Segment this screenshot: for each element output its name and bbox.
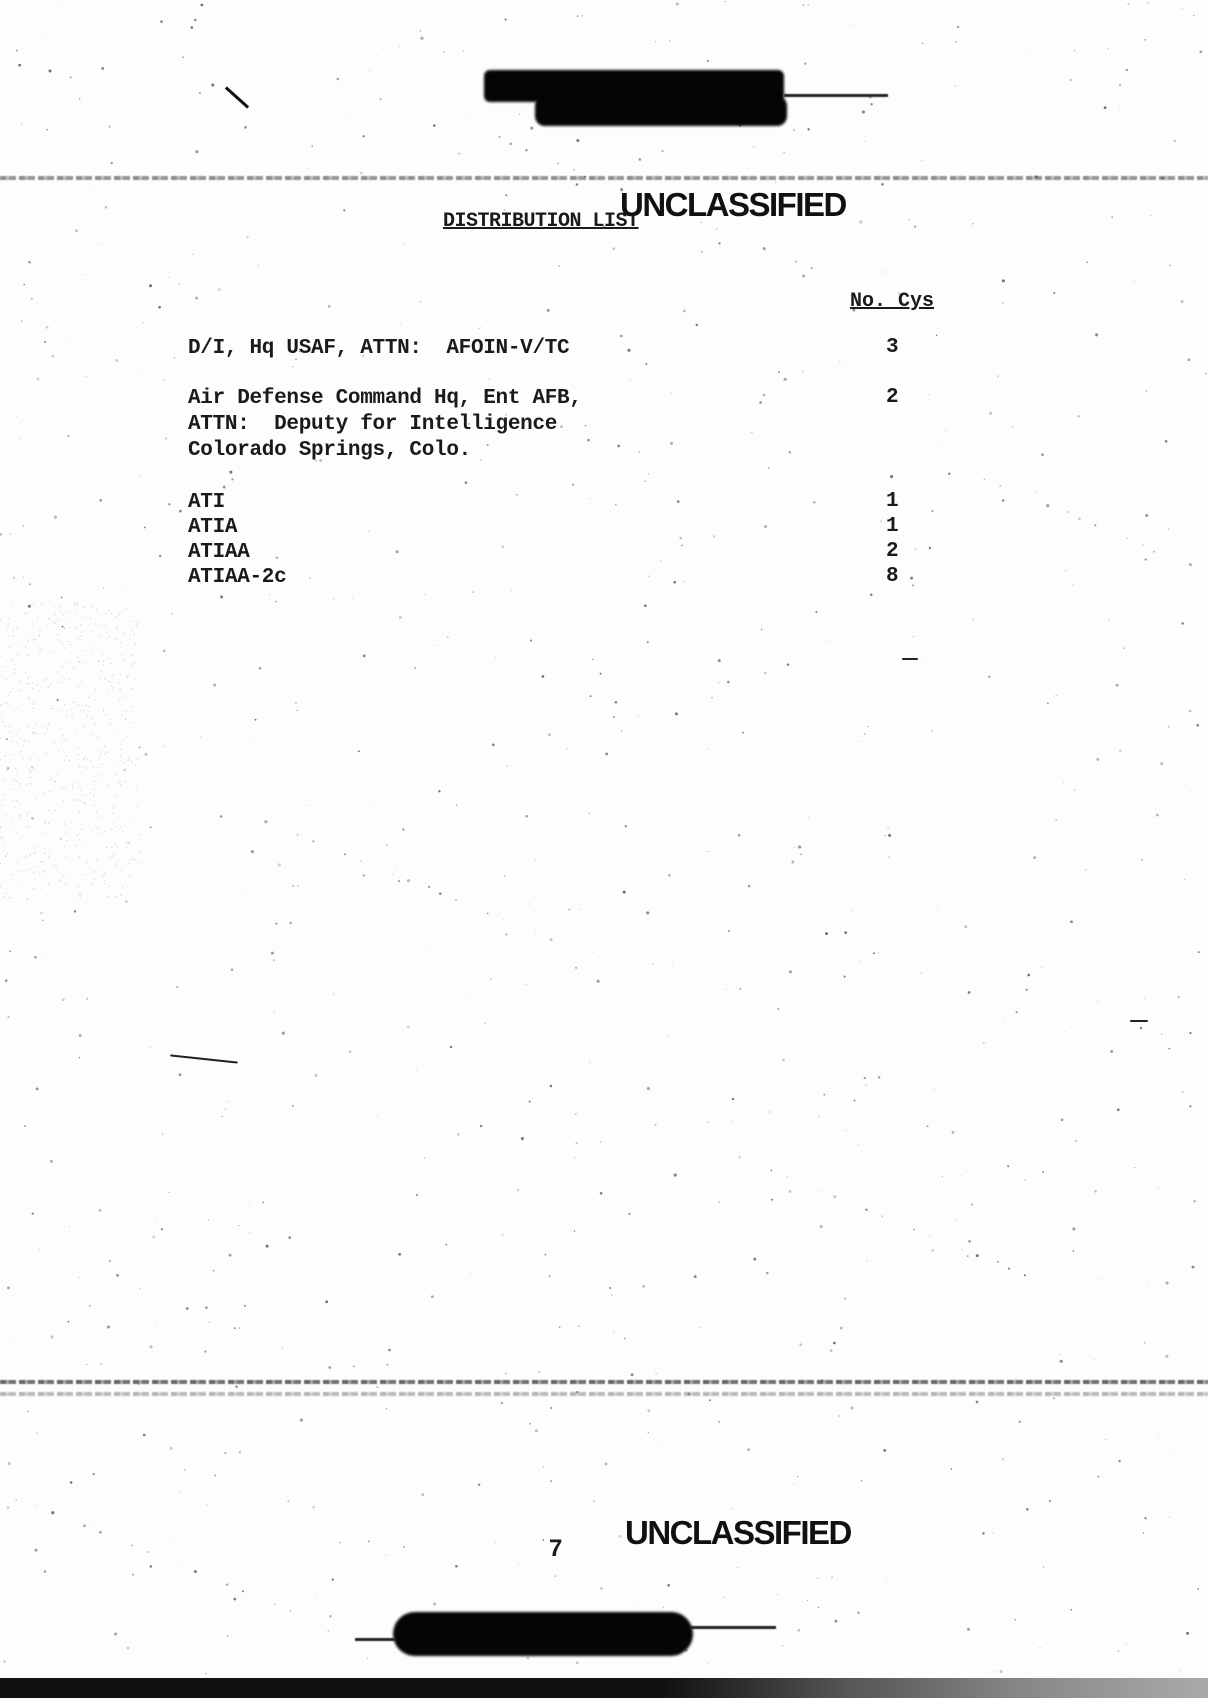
copies-column-header: No. Cys (850, 290, 934, 313)
stray-mark (1130, 1020, 1148, 1022)
copies-count: 3 (886, 336, 899, 359)
page-number: 7 (549, 1535, 562, 1563)
page-title: DISTRIBUTION LIST (443, 210, 639, 233)
pen-mark (225, 86, 249, 108)
recipient-line: ATTN: Deputy for Intelligence (188, 412, 557, 438)
bottom-redaction-tail (690, 1626, 776, 1629)
recipient-line: D/I, Hq USAF, ATTN: AFOIN-V/TC (188, 336, 569, 362)
stray-mark (170, 1054, 238, 1063)
copies-count: 1 (886, 515, 899, 538)
copies-count: 2 (886, 386, 899, 409)
recipient-line: ATIAA-2c (188, 565, 286, 591)
scan-noise (0, 0, 1208, 1698)
scanned-page: DISTRIBUTION LIST UNCLASSIFIED No. Cys D… (0, 0, 1208, 1698)
middle-scan-streak (0, 1380, 1208, 1384)
stray-mark (902, 658, 918, 660)
copies-count: 2 (886, 540, 899, 563)
top-redaction-tail (784, 94, 888, 97)
recipient-line: Air Defense Command Hq, Ent AFB, (188, 386, 582, 412)
recipient-line: ATIAA (188, 540, 250, 566)
top-redaction-lower (535, 96, 787, 126)
bottom-redaction-tail-left (355, 1638, 395, 1641)
recipient-line: ATIA (188, 515, 237, 541)
copies-count: 1 (886, 490, 899, 513)
bottom-redaction (393, 1612, 693, 1656)
classification-stamp-top: UNCLASSIFIED (620, 186, 846, 224)
scan-edge-bar (0, 1678, 1208, 1698)
recipient-line: ATI (188, 490, 225, 516)
copies-count: 8 (886, 565, 899, 588)
recipient-line: Colorado Springs, Colo. (188, 438, 471, 464)
classification-stamp-bottom: UNCLASSIFIED (625, 1514, 851, 1552)
top-scan-streak (0, 176, 1208, 180)
middle-scan-streak-2 (0, 1392, 1208, 1396)
